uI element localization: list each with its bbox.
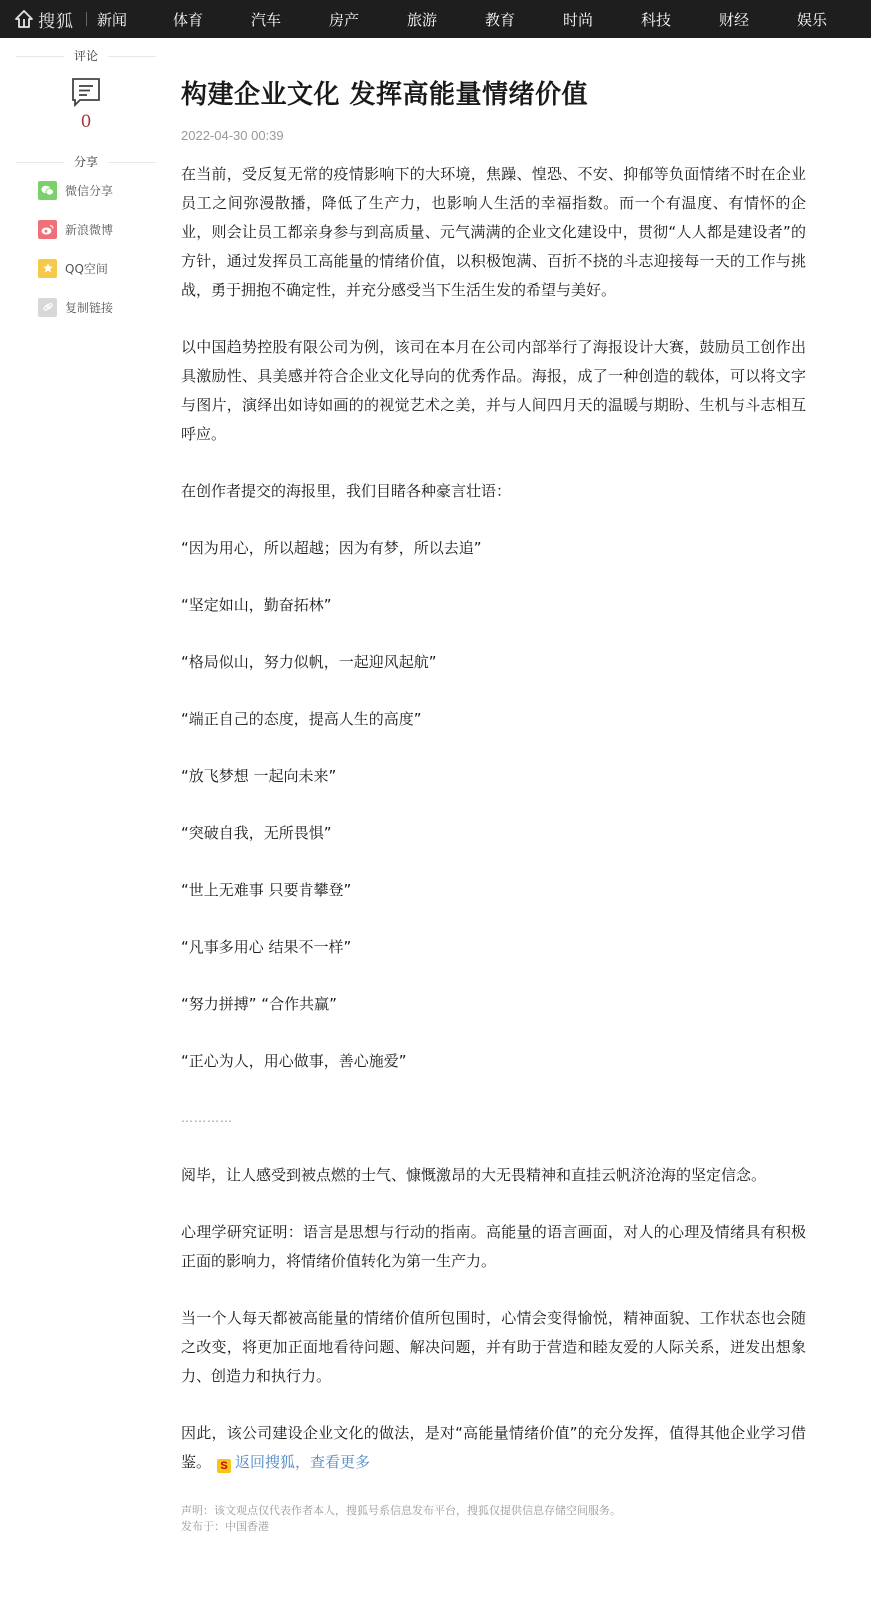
paragraph: 在创作者提交的海报里，我们目睹各种豪言壮语： [181,477,806,506]
share-label: QQ空间 [65,260,108,277]
publish-date: 2022-04-30 00:39 [181,128,806,148]
quote: “努力拼搏” “合作共赢” [181,990,806,1019]
article: 构建企业文化 发挥高能量情绪价值 2022-04-30 00:39 在当前，受反… [181,76,806,1537]
nav-link-education[interactable]: 教育 [461,9,539,30]
quote: “放飞梦想 一起向未来” [181,762,806,791]
nav-link-news[interactable]: 新闻 [97,9,149,30]
nav-link-realestate[interactable]: 房产 [305,9,383,30]
quote: “正心为人，用心做事，善心施爱” [181,1047,806,1076]
quote: “格局似山，努力似帆，一起迎风起航” [181,648,806,677]
paragraph: 阅毕，让人感受到被点燃的士气、慷慨激昂的大无畏精神和直挂云帆济沧海的坚定信念。 [181,1161,806,1190]
link-icon [38,298,57,317]
quote: “因为用心，所以超越；因为有梦，所以去追” [181,534,806,563]
share-list: 微信分享 新浪微博 QQ空间 复制链接 [16,180,156,317]
back-to-sohu-link[interactable]: 返回搜狐，查看更多 [235,1453,370,1471]
weibo-icon [38,220,57,239]
share-weibo[interactable]: 新浪微博 [38,219,156,239]
paragraph: 在当前，受反复无常的疫情影响下的大环境，焦躁、惶恐、不安、抑郁等负面情绪不时在企… [181,160,806,305]
article-body: 在当前，受反复无常的疫情影响下的大环境，焦躁、惶恐、不安、抑郁等负面情绪不时在企… [181,160,806,1537]
nav-link-travel[interactable]: 旅游 [383,9,461,30]
quote: “突破自我，无所畏惧” [181,819,806,848]
quote: “端正自己的态度，提高人生的高度” [181,705,806,734]
wechat-icon [38,181,57,200]
quote: “凡事多用心 结果不一样” [181,933,806,962]
article-title: 构建企业文化 发挥高能量情绪价值 [181,76,806,114]
share-heading: 分享 [16,152,156,172]
nav-link-sports[interactable]: 体育 [149,9,227,30]
comment-count[interactable]: 0 [16,112,156,136]
comment-icon[interactable] [70,76,102,108]
nav-link-entertainment[interactable]: 娱乐 [773,9,851,30]
paragraph: 当一个人每天都被高能量的情绪价值所包围时，心情会变得愉悦，精神面貌、工作状态也会… [181,1304,806,1391]
share-copy-link[interactable]: 复制链接 [38,297,156,317]
brand-name: 搜狐 [38,7,74,32]
home-icon [14,9,34,29]
sohu-logo[interactable]: 搜狐 [0,0,97,38]
sohu-badge-icon: S [217,1459,231,1473]
left-sidebar: 评论 0 分享 微信分享 新浪微博 QQ空间 [16,46,156,336]
share-label: 新浪微博 [65,221,113,238]
final-paragraph: 因此，该公司建设企业文化的做法，是对“高能量情绪价值”的充分发挥，值得其他企业学… [181,1419,806,1477]
qzone-star-icon [38,259,57,278]
share-wechat[interactable]: 微信分享 [38,180,156,200]
share-label: 微信分享 [65,182,113,199]
paragraph: 心理学研究证明：语言是思想与行动的指南。高能量的语言画面，对人的心理及情绪具有积… [181,1218,806,1276]
nav-link-fashion[interactable]: 时尚 [539,9,617,30]
share-qzone[interactable]: QQ空间 [38,258,156,278]
nav-link-tech[interactable]: 科技 [617,9,695,30]
quote: “世上无难事 只要肯攀登” [181,876,806,905]
nav-divider [86,12,87,26]
paragraph: 以中国趋势控股有限公司为例，该司在本月在公司内部举行了海报设计大赛，鼓励员工创作… [181,333,806,449]
share-label: 复制链接 [65,299,113,316]
top-nav-bar: 搜狐 新闻 体育 汽车 房产 旅游 教育 时尚 科技 财经 娱乐 [0,0,871,38]
quote: “坚定如山，勤奋拓林” [181,591,806,620]
channel-links: 新闻 体育 汽车 房产 旅游 教育 时尚 科技 财经 娱乐 [97,0,851,38]
ellipsis: ………… [181,1104,806,1133]
comment-heading: 评论 [16,46,156,66]
nav-link-auto[interactable]: 汽车 [227,9,305,30]
nav-link-finance[interactable]: 财经 [695,9,773,30]
